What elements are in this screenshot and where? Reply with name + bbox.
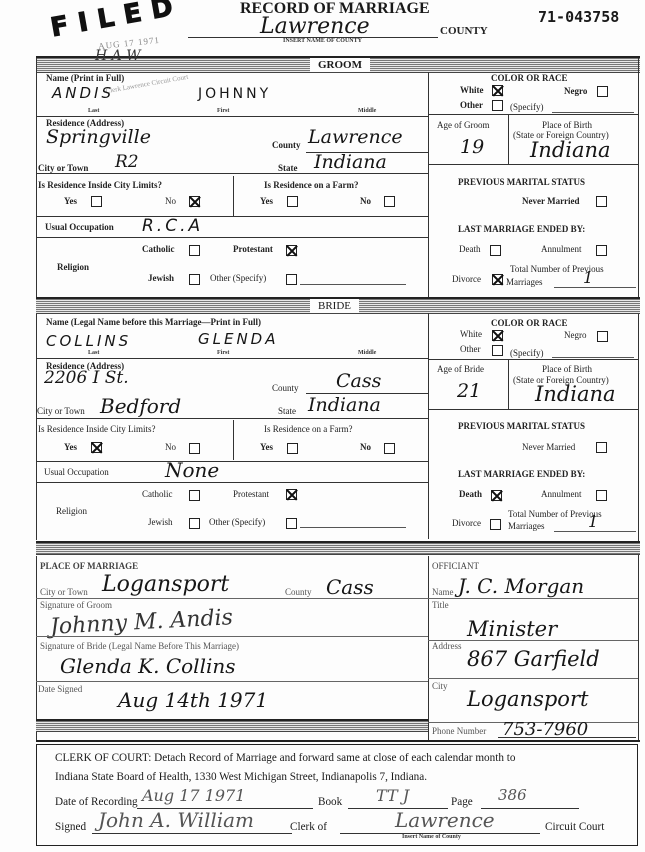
bride-birth-place: Indiana [535,382,616,406]
place-of-marriage-header: PLACE OF MARRIAGE [40,561,138,571]
bride-last-ended-header: LAST MARRIAGE ENDED BY: [458,469,585,479]
groom-divorce-label: Divorce [452,274,481,284]
bride-inside-city-no-label: No [165,442,176,452]
bride-on-farm-yes-label: Yes [260,442,273,452]
groom-state: Indiana [314,151,387,173]
bride-death-label: Death [459,489,482,499]
bride-race-white-checkbox[interactable] [492,330,503,341]
groom-race-negro-checkbox[interactable] [597,86,608,97]
groom-last-name: ANDIS [52,84,114,102]
officiant-address-label: Address [432,641,462,651]
bride-inside-city-no-checkbox[interactable] [189,443,200,454]
date-signed-label: Date Signed [38,684,82,694]
groom-city: R2 [115,152,139,172]
groom-race-white-checkbox[interactable] [492,85,503,96]
bride-last-name: COLLINS [46,332,131,350]
bride-county: Cass [336,370,381,392]
officiant-header: OFFICIANT [432,561,479,571]
bride-signature: Glenda K. Collins [60,654,236,678]
bride-race-other-label: Other [460,344,481,354]
clerk-initials: H A W [95,48,141,64]
circuit-court-label: Circuit Court [545,821,604,833]
officiant-name-label: Name [432,587,454,597]
bride-race-specify-label: (Specify) [510,348,544,358]
groom-other-religion-checkbox[interactable] [286,274,297,285]
bride-last-label: Last [88,350,99,356]
groom-annulment-checkbox[interactable] [596,245,607,256]
bride-section-label: BRIDE [310,299,359,313]
book-label: Book [318,796,342,808]
groom-inside-city-yes-label: Yes [64,196,77,206]
groom-on-farm-label: Is Residence on a Farm? [264,180,359,190]
groom-catholic-checkbox[interactable] [189,245,200,256]
bride-jewish-label: Jewish [148,517,173,527]
bride-divorce-label: Divorce [452,518,481,528]
bride-other-religion-label: Other (Specify) [209,517,265,527]
bride-inside-city-yes-label: Yes [64,442,77,452]
ceremony-city-label: City or Town [40,587,88,597]
bride-inside-city-label: Is Residence Inside City Limits? [38,424,155,434]
groom-name-label: Name (Print in Full) [46,73,124,83]
bride-first-label: First [217,350,229,356]
page-label: Page [451,796,473,808]
groom-on-farm-yes-checkbox[interactable] [287,196,298,207]
bride-county-label: County [272,383,299,393]
groom-inside-city-no-label: No [165,196,176,206]
bride-on-farm-no-label: No [360,442,371,452]
record-number: 71-043758 [538,8,619,26]
bride-protestant-label: Protestant [233,489,269,499]
header-county-sublabel: INSERT NAME OF COUNTY [283,38,362,44]
groom-protestant-label: Protestant [233,244,273,254]
bride-on-farm-no-checkbox[interactable] [384,443,395,454]
page-value: 386 [498,786,527,804]
groom-death-label: Death [459,244,481,254]
groom-prev-marriages-label: Marriages [506,277,542,287]
groom-jewish-label: Jewish [148,273,174,283]
date-of-recording-label: Date of Recording [55,796,138,808]
groom-never-married-checkbox[interactable] [596,196,607,207]
groom-occupation: R.C.A [142,216,203,236]
bride-state-label: State [278,406,296,416]
groom-death-checkbox[interactable] [490,245,501,256]
groom-divorce-checkbox[interactable] [492,274,503,285]
clerk-instructions-line-2: Indiana State Board of Health, 1330 West… [55,771,427,783]
officiant-address: 867 Garfield [467,647,600,671]
bride-race-header: COLOR OR RACE [491,318,568,328]
bride-annulment-checkbox[interactable] [596,490,607,501]
officiant-city-label: City [432,681,448,691]
bride-city: Bedford [100,394,181,418]
bride-section-bar: BRIDE [36,297,640,314]
groom-county: Lawrence [308,126,403,148]
bride-jewish-checkbox[interactable] [189,518,200,529]
groom-prev-total: 1 [583,268,593,287]
groom-last-ended-header: LAST MARRIAGE ENDED BY: [458,224,585,234]
groom-state-label: State [278,163,298,173]
ceremony-county-label: County [285,587,312,597]
header-county-value: Lawrence [260,14,370,39]
bride-religion-label: Religion [56,506,87,516]
officiant-phone-label: Phone Number [432,726,486,736]
bride-occupation: None [165,458,219,482]
groom-race-other-checkbox[interactable] [492,100,503,111]
bride-occupation-label: Usual Occupation [44,467,109,477]
groom-prev-status-header: PREVIOUS MARITAL STATUS [458,177,585,187]
groom-on-farm-yes-label: Yes [260,196,273,206]
bride-protestant-checkbox[interactable] [286,489,297,500]
bride-age-label: Age of Bride [437,364,484,374]
ceremony-section-bar [36,541,640,555]
groom-section-label: GROOM [310,58,370,72]
bride-prev-marriages-label: Marriages [508,521,544,531]
groom-signature-label: Signature of Groom [40,600,112,610]
bride-prev-total: 1 [588,512,598,531]
book-value: TT J [376,786,409,805]
groom-race-white-label: White [460,85,484,95]
clerk-county: Lawrence [395,808,495,832]
groom-age-label: Age of Groom [437,120,490,130]
groom-first-label: First [217,108,229,114]
groom-birth-label: Place of Birth [542,120,592,130]
bride-catholic-checkbox[interactable] [189,490,200,501]
groom-religion-label: Religion [57,262,89,272]
ceremony-city: Logansport [102,572,229,597]
groom-inside-city-no-checkbox[interactable] [189,196,200,207]
groom-race-other-label: Other [460,100,483,110]
bride-on-farm-label: Is Residence on a Farm? [264,424,352,434]
clerk-county-sublabel: Insert Name of County [402,834,461,840]
bride-annulment-label: Annulment [541,489,582,499]
groom-first-name: JOHNNY [198,86,271,102]
bride-birth-label: Place of Birth [542,364,592,374]
groom-on-farm-no-checkbox[interactable] [384,196,395,207]
groom-last-label: Last [88,108,99,114]
bride-signature-label: Signature of Bride (Legal Name Before Th… [40,641,239,651]
groom-race-header: COLOR OR RACE [491,73,568,83]
groom-inside-city-label: Is Residence Inside City Limits? [38,180,162,190]
bride-first-name: GLENDA [198,330,279,348]
bride-divorce-checkbox[interactable] [490,519,501,530]
groom-jewish-checkbox[interactable] [189,274,200,285]
bride-race-other-checkbox[interactable] [492,345,503,356]
groom-other-religion-label: Other (Specify) [210,273,266,283]
date-of-recording: Aug 17 1971 [142,786,245,805]
groom-race-negro-label: Negro [564,86,587,96]
bride-never-married-checkbox[interactable] [596,442,607,453]
groom-residence: Springville [46,126,151,148]
bride-race-negro-label: Negro [564,330,587,340]
date-signed: Aug 14th 1971 [118,688,268,712]
bride-prev-status-header: PREVIOUS MARITAL STATUS [458,421,585,431]
groom-on-farm-no-label: No [360,196,371,206]
groom-occupation-label: Usual Occupation [45,222,114,232]
officiant-title-label: Title [432,600,449,610]
clerk-of-label: Clerk of [290,821,327,833]
bride-age: 21 [457,380,481,402]
bride-middle-label: Middle [358,350,376,356]
bride-name-label: Name (Legal Name before this Marriage—Pr… [46,317,261,327]
officiant-city: Logansport [467,687,588,711]
bride-death-checkbox[interactable] [491,490,502,501]
groom-birth-place: Indiana [530,138,611,162]
bride-catholic-label: Catholic [142,489,173,499]
groom-never-married-label: Never Married [522,196,580,206]
bride-residence: 2206 I St. [44,368,129,388]
bride-on-farm-yes-checkbox[interactable] [287,443,298,454]
bride-never-married-label: Never Married [522,442,575,452]
bride-state: Indiana [308,394,381,416]
groom-age: 19 [460,136,484,158]
ceremony-county: Cass [326,575,374,599]
groom-county-label: County [272,140,301,150]
clerk-instructions-line-1: CLERK OF COURT: Detach Record of Marriag… [55,752,515,764]
bride-race-white-label: White [460,329,482,339]
groom-inside-city-yes-checkbox[interactable] [91,196,102,207]
officiant-name: J. C. Morgan [458,574,584,598]
groom-catholic-label: Catholic [142,244,175,254]
bride-inside-city-yes-checkbox[interactable] [91,442,102,453]
bride-city-label: City or Town [37,406,85,416]
officiant-title: Minister [467,617,557,641]
ceremony-bottom-bar [36,719,428,732]
groom-race-specify-label: (Specify) [510,102,544,112]
filed-stamp: FILED [48,0,185,43]
groom-signature: Johnny M. Andis [49,605,233,640]
bride-race-negro-checkbox[interactable] [597,331,608,342]
groom-annulment-label: Annulment [541,244,582,254]
groom-city-label: City or Town [38,163,88,173]
signed-label: Signed [55,821,86,833]
header-county-label: COUNTY [440,25,488,37]
bride-other-religion-checkbox[interactable] [286,518,297,529]
clerk-signature: John A. William [98,808,254,832]
groom-protestant-checkbox[interactable] [286,245,297,256]
groom-middle-label: Middle [358,108,376,114]
